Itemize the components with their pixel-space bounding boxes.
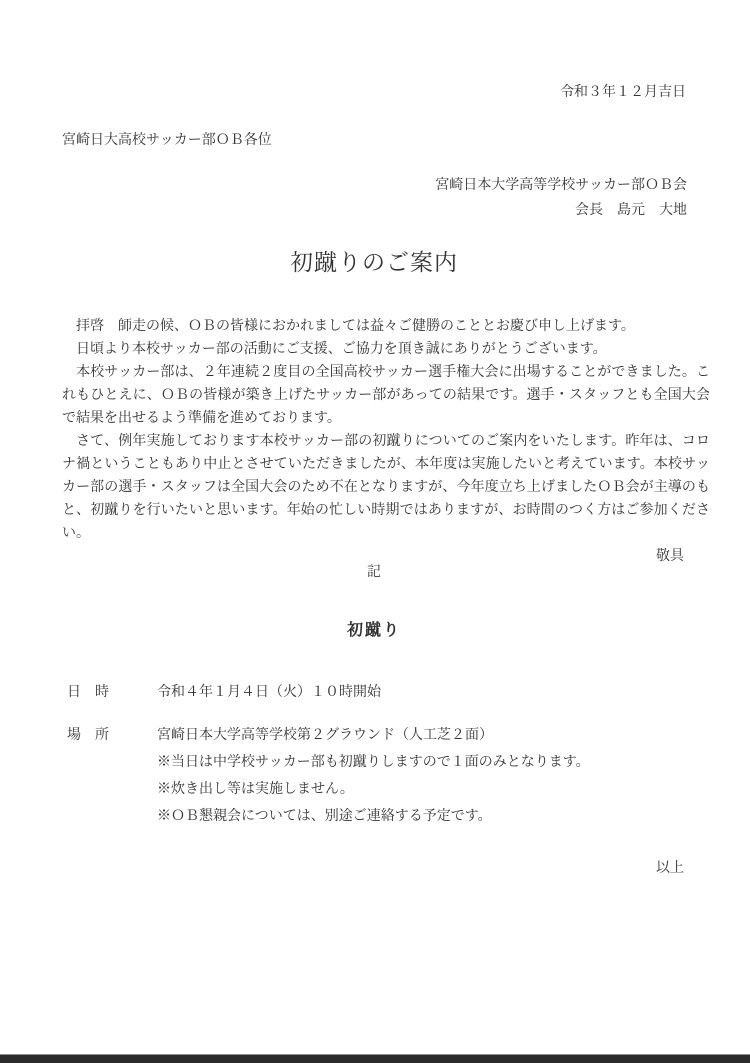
location-note: ※炊き出し等は実施しません。 <box>157 776 710 803</box>
location-note: ※当日は中学校サッカー部も初蹴りしますので１面のみとなります。 <box>157 749 710 776</box>
end-marker: 以上 <box>62 858 684 878</box>
addressee: 宮崎日大高校サッカー部ＯＢ各位 <box>62 130 272 150</box>
sender-organization: 宮崎日本大学高等学校サッカー部ＯＢ会 <box>62 175 687 195</box>
detail-row-datetime: 日 時 令和４年１月４日（火）１０時開始 <box>67 679 710 706</box>
detail-label-location: 場 所 <box>67 722 157 749</box>
detail-row-location: 場 所 宮崎日本大学高等学校第２グラウンド（人工芝２面） ※当日は中学校サッカー… <box>67 722 710 830</box>
photo-edge-bar <box>0 1054 750 1063</box>
letter-body: 拝啓 師走の候、ＯＢの皆様におかれましては益々ご健勝のこととお慶び申し上げます。… <box>62 315 710 568</box>
location-notes: ※当日は中学校サッカー部も初蹴りしますので１面のみとなります。 ※炊き出し等は実… <box>157 749 710 830</box>
document-title: 初蹴りのご案内 <box>62 246 686 280</box>
event-title: 初蹴り <box>62 617 686 640</box>
detail-value-location: 宮崎日本大学高等学校第２グラウンド（人工芝２面） ※当日は中学校サッカー部も初蹴… <box>157 722 710 830</box>
body-paragraph: 本校サッカー部は、２年連続２度目の全国高校サッカー選手権大会に出場することができ… <box>62 361 710 430</box>
body-paragraph: さて、例年実施しております本校サッカー部の初蹴りについてのご案内をいたします。昨… <box>62 430 710 545</box>
detail-value-datetime: 令和４年１月４日（火）１０時開始 <box>157 679 710 706</box>
letter-date: 令和３年１２月吉日 <box>62 82 686 102</box>
record-marker: 記 <box>62 562 686 582</box>
event-details: 日 時 令和４年１月４日（火）１０時開始 場 所 宮崎日本大学高等学校第２グラウ… <box>67 679 710 830</box>
sender-representative: 会長 島元 大地 <box>62 200 687 220</box>
body-paragraph: 拝啓 師走の候、ＯＢの皆様におかれましては益々ご健勝のこととお慶び申し上げます。 <box>62 315 710 338</box>
location-note: ※ＯＢ懇親会については、別途ご連絡する予定です。 <box>157 803 710 830</box>
location-value: 宮崎日本大学高等学校第２グラウンド（人工芝２面） <box>157 722 710 749</box>
detail-label-datetime: 日 時 <box>67 679 157 706</box>
body-paragraph: 日頃より本校サッカー部の活動にご支援、ご協力を頂き誠にありがとうございます。 <box>62 338 710 361</box>
letter-document: 令和３年１２月吉日 宮崎日大高校サッカー部ＯＢ各位 宮崎日本大学高等学校サッカー… <box>0 0 750 1063</box>
